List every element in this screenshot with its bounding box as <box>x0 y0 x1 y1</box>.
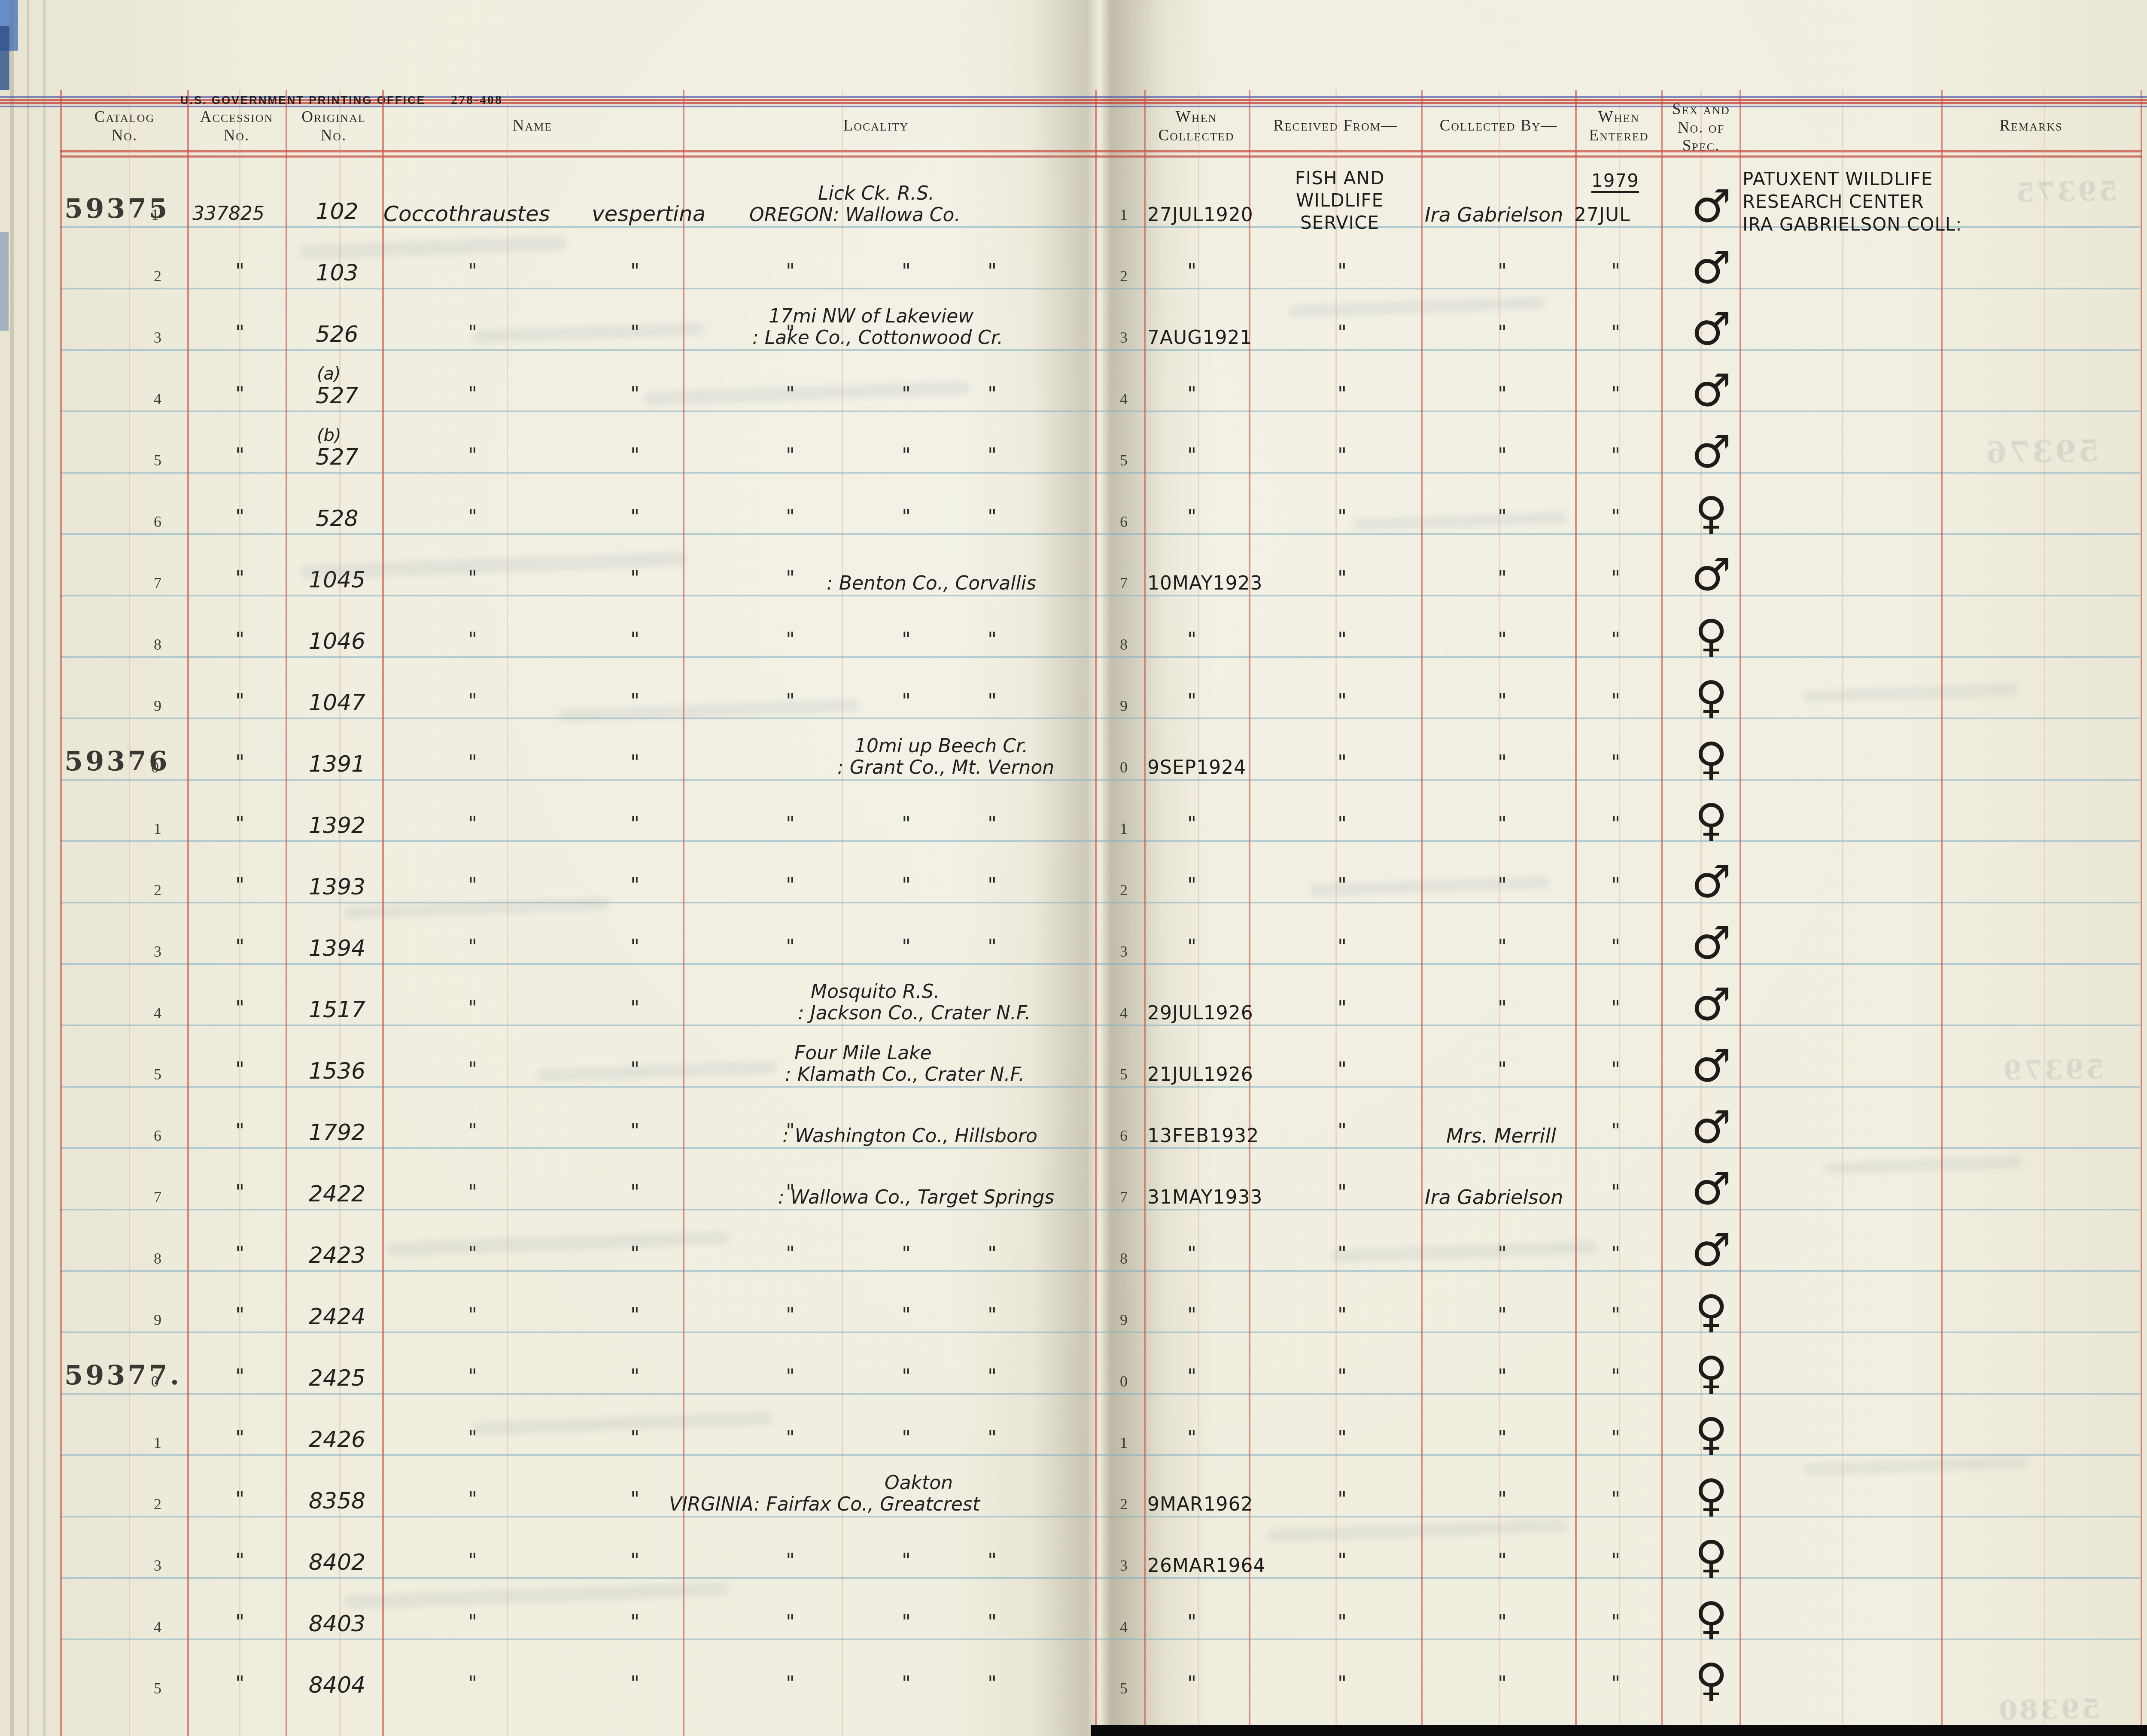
name-species: vespertina <box>592 201 706 226</box>
ledger-rule-vertical <box>1144 90 1146 1736</box>
when-entered-ditto: " <box>1611 1180 1620 1204</box>
locality-ditto: " <box>902 1549 911 1572</box>
locality-ditto: " <box>988 505 997 528</box>
original-number: 1536 <box>296 1058 378 1084</box>
received-from-ditto: " <box>1338 321 1347 344</box>
locality-ditto: " <box>902 689 911 712</box>
locality-ditto: " <box>786 1549 795 1572</box>
accession-ditto: " <box>235 812 244 835</box>
original-number: 527 <box>296 383 378 409</box>
name-ditto: " <box>468 382 477 405</box>
locality-ditto: " <box>786 628 795 651</box>
scan-background-bottom <box>1091 1725 2147 1736</box>
locality-ditto: " <box>902 935 911 958</box>
locality-ditto: " <box>786 1242 795 1265</box>
locality-ditto: " <box>902 628 911 651</box>
original-number: 2425 <box>296 1365 378 1391</box>
line-number: 9 <box>1120 697 1128 715</box>
accession-number: 337825 <box>192 203 265 225</box>
ledger-rule-blue <box>60 1209 2140 1210</box>
col-header-name: Name <box>386 117 678 135</box>
collected-by-ditto: " <box>1498 1058 1507 1081</box>
line-number: 1 <box>1120 1434 1128 1452</box>
ledger-rule-blue <box>60 779 2140 781</box>
when-entered-ditto: " <box>1611 1610 1620 1633</box>
ledger-rule-blue <box>60 1639 2140 1640</box>
accession-ditto: " <box>235 444 244 467</box>
when-entered-ditto: " <box>1611 751 1620 774</box>
collected-by-ditto: " <box>1498 812 1507 835</box>
received-from-ditto: " <box>1338 444 1347 467</box>
line-number: 8 <box>1120 1250 1128 1268</box>
original-number: 1517 <box>296 997 378 1023</box>
accession-ditto: " <box>235 1365 244 1388</box>
catalog-subnumber: 4 <box>154 1004 161 1022</box>
original-number: 8402 <box>296 1550 378 1575</box>
collected-by-ditto: " <box>1498 935 1507 958</box>
catalog-subnumber: 2 <box>154 881 161 899</box>
name-ditto: " <box>468 1672 477 1695</box>
line-number: 9 <box>1120 1311 1128 1329</box>
name-genus: Coccothraustes <box>383 201 550 226</box>
locality-ditto: " <box>988 812 997 835</box>
catalog-subnumber: 0 <box>151 758 159 776</box>
catalog-subnumber: 0 <box>151 1372 159 1390</box>
locality-line1: Mosquito R.S. <box>811 981 940 1003</box>
name-ditto: " <box>468 751 477 774</box>
locality-ditto: " <box>902 259 911 283</box>
male-symbol: ♂ <box>1675 1224 1748 1276</box>
line-number: 2 <box>1120 267 1128 285</box>
catalog-subnumber: 8 <box>154 635 161 654</box>
ledger-rule-blue <box>60 718 2140 719</box>
name-ditto: " <box>468 935 477 958</box>
when-entered-ditto: " <box>1611 935 1620 958</box>
page-edge-mark-left <box>0 232 9 331</box>
male-symbol: ♂ <box>1675 241 1748 294</box>
male-symbol: ♂ <box>1675 180 1748 232</box>
ledger-rule-vertical <box>1575 90 1577 1736</box>
name-ditto: " <box>630 1610 639 1633</box>
line-number: 3 <box>1120 328 1128 347</box>
name-ditto: " <box>630 1303 639 1326</box>
when-entered-ditto: " <box>1611 444 1620 467</box>
original-number: 8404 <box>296 1672 378 1698</box>
locality-ditto: " <box>902 873 911 897</box>
catalog-subnumber: 5 <box>154 1679 161 1697</box>
remarks-line: RESEARCH CENTER <box>1743 191 1924 212</box>
received-from: WILDLIFE <box>1269 190 1411 211</box>
name-ditto: " <box>468 628 477 651</box>
locality-ditto: " <box>786 1426 795 1449</box>
ledger-rule-guide <box>129 90 130 1736</box>
when-entered-ditto: " <box>1611 1058 1620 1081</box>
catalog-subnumber: 7 <box>154 1188 161 1206</box>
when-collected-ditto: " <box>1187 259 1196 283</box>
locality-line1: Oakton <box>885 1472 953 1494</box>
locality-ditto: " <box>988 444 997 467</box>
original-number-prefix: (b) <box>317 426 341 445</box>
when-collected-date: 9SEP1924 <box>1147 757 1246 778</box>
locality-ditto: " <box>988 689 997 712</box>
collected-by-ditto: " <box>1498 1487 1507 1511</box>
name-ditto: " <box>630 566 639 590</box>
collected-by-ditto: " <box>1498 444 1507 467</box>
when-collected-ditto: " <box>1187 873 1196 897</box>
when-entered-ditto: " <box>1611 812 1620 835</box>
original-number: 2426 <box>296 1427 378 1453</box>
catalog-subnumber: 6 <box>154 513 161 531</box>
ledger-rule-blue <box>60 1270 2140 1272</box>
when-entered-ditto: " <box>1611 566 1620 590</box>
col-header-when-collected: When Collected <box>1144 108 1249 145</box>
male-symbol: ♂ <box>1675 548 1748 601</box>
when-collected-date: 7AUG1921 <box>1147 327 1252 349</box>
original-number: 1792 <box>296 1120 378 1146</box>
line-number: 6 <box>1120 1127 1128 1145</box>
accession-ditto: " <box>235 1549 244 1572</box>
when-collected-date: 31MAY1933 <box>1147 1186 1263 1208</box>
ledger-rule-blue <box>60 533 2140 535</box>
catalog-subnumber: 6 <box>154 1127 161 1145</box>
received-from-ditto: " <box>1338 1426 1347 1449</box>
locality-ditto: " <box>988 873 997 897</box>
ledger-rule-blue <box>60 288 2140 289</box>
collected-by-ditto: " <box>1498 996 1507 1019</box>
name-ditto: " <box>630 1365 639 1388</box>
received-from-ditto: " <box>1338 1303 1347 1326</box>
accession-ditto: " <box>235 689 244 712</box>
accession-ditto: " <box>235 1119 244 1142</box>
ledger-rule-guide <box>2044 90 2045 1736</box>
male-symbol: ♂ <box>1675 303 1748 355</box>
locality-line1: 17mi NW of Lakeview <box>769 305 973 327</box>
locality-ditto: " <box>988 259 997 283</box>
when-collected-date: 21JUL1926 <box>1147 1064 1253 1085</box>
collected-by-ditto: " <box>1498 1303 1507 1326</box>
catalog-subnumber: 3 <box>154 942 161 961</box>
ledger-rule-blue <box>60 963 2140 965</box>
catalog-subnumber: 4 <box>154 390 161 408</box>
name-ditto: " <box>630 935 639 958</box>
locality-line2: : Grant Co., Mt. Vernon <box>837 757 1054 778</box>
when-collected-date: 13FEB1932 <box>1147 1125 1259 1147</box>
name-ditto: " <box>630 1119 639 1142</box>
name-ditto: " <box>630 444 639 467</box>
male-symbol: ♂ <box>1675 978 1748 1031</box>
col-header-locality: Locality <box>687 117 1065 135</box>
locality-ditto: " <box>988 1426 997 1449</box>
catalog-subnumber: 3 <box>154 1557 161 1575</box>
original-number: 1394 <box>296 936 378 961</box>
when-entered-ditto: " <box>1611 1119 1620 1142</box>
when-collected-ditto: " <box>1187 689 1196 712</box>
bleedthrough-number: 59380 <box>1996 1693 2100 1726</box>
name-ditto: " <box>630 1672 639 1695</box>
locality-ditto: " <box>786 444 795 467</box>
locality-ditto: " <box>786 1180 795 1204</box>
locality-ditto: " <box>902 505 911 528</box>
female-symbol: ♀ <box>1675 610 1748 662</box>
ledger-rule-blue <box>60 1025 2140 1026</box>
received-from-ditto: " <box>1338 382 1347 405</box>
name-ditto: " <box>468 1549 477 1572</box>
locality-ditto: " <box>988 1549 997 1572</box>
received-from-ditto: " <box>1338 505 1347 528</box>
line-number: 0 <box>1120 1372 1128 1390</box>
locality-ditto: " <box>786 1365 795 1388</box>
locality-ditto: " <box>786 873 795 897</box>
line-number: 2 <box>1120 1495 1128 1513</box>
original-number: 2422 <box>296 1181 378 1207</box>
locality-ditto: " <box>902 1426 911 1449</box>
bleedthrough-number: 59379 <box>2001 1053 2104 1086</box>
received-from-ditto: " <box>1338 1180 1347 1204</box>
name-ditto: " <box>468 1303 477 1326</box>
col-header-accession: Accession No. <box>192 108 282 145</box>
original-number: 1047 <box>296 690 378 716</box>
catalog-subnumber: 9 <box>154 1311 161 1329</box>
when-entered-ditto: " <box>1611 505 1620 528</box>
collected-by-ditto: " <box>1498 1426 1507 1449</box>
original-number: 528 <box>296 506 378 532</box>
accession-ditto: " <box>235 382 244 405</box>
locality-line2: : Klamath Co., Crater N.F. <box>785 1064 1025 1085</box>
received-from: FISH AND <box>1269 167 1411 188</box>
original-number: 1393 <box>296 874 378 900</box>
bleedthrough-number: 59375 <box>2013 175 2117 208</box>
collected-by-ditto: " <box>1498 1365 1507 1388</box>
ledger-rule-blue <box>60 1516 2140 1517</box>
accession-ditto: " <box>235 259 244 283</box>
ledger-rule-blue <box>60 902 2140 903</box>
when-entered-year: 1979 <box>1591 170 1639 193</box>
locality-line2: : Benton Co., Corvallis <box>827 572 1036 594</box>
male-symbol: ♂ <box>1675 1040 1748 1092</box>
female-symbol: ♀ <box>1675 733 1748 785</box>
locality-ditto: " <box>988 382 997 405</box>
original-number: 1392 <box>296 813 378 839</box>
collected-by-ditto: " <box>1498 751 1507 774</box>
when-collected-ditto: " <box>1187 1242 1196 1265</box>
ledger-rule-blue <box>60 840 2140 842</box>
locality-line1: 10mi up Beech Cr. <box>855 735 1028 757</box>
line-number: 4 <box>1120 1618 1128 1636</box>
accession-ditto: " <box>235 566 244 590</box>
original-number: 526 <box>296 322 378 347</box>
female-symbol: ♀ <box>1675 794 1748 846</box>
received-from-ditto: " <box>1338 566 1347 590</box>
collected-by-ditto: " <box>1498 689 1507 712</box>
line-number: 5 <box>1120 451 1128 469</box>
accession-ditto: " <box>235 1610 244 1633</box>
accession-ditto: " <box>235 1058 244 1081</box>
received-from-ditto: " <box>1338 1119 1347 1142</box>
ledger-rule-guide <box>1842 90 1843 1736</box>
name-ditto: " <box>468 444 477 467</box>
locality-line2: : Wallowa Co., Target Springs <box>778 1186 1054 1208</box>
when-entered-ditto: " <box>1611 1487 1620 1511</box>
ledger-rule-blue <box>60 595 2140 596</box>
catalog-subnumber: 8 <box>154 1250 161 1268</box>
page-stack-line-3 <box>43 0 46 1736</box>
received-from: SERVICE <box>1269 212 1411 233</box>
male-symbol: ♂ <box>1675 364 1748 417</box>
when-collected-date: 9MAR1962 <box>1147 1493 1253 1515</box>
header-rule-red <box>60 155 2142 158</box>
ledger-rule-blue <box>60 472 2140 474</box>
accession-ditto: " <box>235 935 244 958</box>
collected-by-ditto: " <box>1498 1549 1507 1572</box>
page-edge-mark-top-left-2 <box>0 26 9 90</box>
name-ditto: " <box>468 1058 477 1081</box>
locality-ditto: " <box>902 1303 911 1326</box>
ledger-rule-vertical <box>1421 90 1423 1736</box>
original-number: 102 <box>296 199 378 225</box>
locality-ditto: " <box>988 1365 997 1388</box>
male-symbol: ♂ <box>1675 917 1748 969</box>
when-entered-date: 27JUL <box>1574 204 1630 226</box>
when-collected-ditto: " <box>1187 935 1196 958</box>
original-number: 8358 <box>296 1488 378 1514</box>
when-entered-ditto: " <box>1611 259 1620 283</box>
locality-ditto: " <box>786 812 795 835</box>
catalog-subnumber: 5 <box>154 451 161 469</box>
name-ditto: " <box>468 996 477 1019</box>
name-ditto: " <box>630 1549 639 1572</box>
when-collected-date: 27JUL1920 <box>1147 204 1253 226</box>
when-entered-ditto: " <box>1611 382 1620 405</box>
line-number: 3 <box>1120 1557 1128 1575</box>
name-ditto: " <box>468 812 477 835</box>
received-from-ditto: " <box>1338 996 1347 1019</box>
locality-ditto: " <box>786 505 795 528</box>
page-stack-line-1 <box>10 0 14 1736</box>
received-from-ditto: " <box>1338 1058 1347 1081</box>
name-ditto: " <box>468 689 477 712</box>
male-symbol: ♂ <box>1675 1162 1748 1215</box>
when-entered-ditto: " <box>1611 321 1620 344</box>
original-number-prefix: (a) <box>317 364 341 384</box>
locality-ditto: " <box>786 935 795 958</box>
received-from-ditto: " <box>1338 628 1347 651</box>
received-from-ditto: " <box>1338 1365 1347 1388</box>
locality-line2: OREGON: Wallowa Co. <box>749 204 960 226</box>
received-from-ditto: " <box>1338 259 1347 283</box>
col-header-remarks: Remarks <box>1941 117 2121 135</box>
locality-ditto: " <box>988 1672 997 1695</box>
when-entered-ditto: " <box>1611 689 1620 712</box>
accession-ditto: " <box>235 628 244 651</box>
line-number: 6 <box>1120 513 1128 531</box>
received-from-ditto: " <box>1338 1487 1347 1511</box>
original-number: 2424 <box>296 1304 378 1330</box>
line-number: 3 <box>1120 942 1128 961</box>
locality-line1: Four Mile Lake <box>794 1042 932 1064</box>
accession-ditto: " <box>235 1487 244 1511</box>
original-number: 103 <box>296 260 378 286</box>
when-collected-date: 10MAY1923 <box>1147 572 1263 594</box>
line-number: 1 <box>1120 820 1128 838</box>
name-ditto: " <box>468 505 477 528</box>
when-entered-ditto: " <box>1611 873 1620 897</box>
header-rule-red <box>60 150 2142 152</box>
collected-by-ditto: " <box>1498 321 1507 344</box>
name-ditto: " <box>630 259 639 283</box>
line-number: 8 <box>1120 635 1128 654</box>
collected-by-ditto: " <box>1498 259 1507 283</box>
female-symbol: ♀ <box>1675 1285 1748 1338</box>
name-ditto: " <box>468 1487 477 1511</box>
catalog-subnumber: 1 <box>154 820 161 838</box>
name-ditto: " <box>630 382 639 405</box>
locality-line2: : Washington Co., Hillsboro <box>782 1125 1037 1147</box>
locality-ditto: " <box>786 321 795 344</box>
locality-ditto: " <box>902 1365 911 1388</box>
accession-ditto: " <box>235 1426 244 1449</box>
when-entered-ditto: " <box>1611 1672 1620 1695</box>
ledger-rule-vertical <box>286 90 287 1736</box>
catalog-subnumber: 7 <box>154 574 161 592</box>
col-header-catalog: Catalog No. <box>73 108 176 145</box>
printer-imprint: U.S. GOVERNMENT PRINTING OFFICE <box>180 94 426 107</box>
locality-ditto: " <box>902 444 911 467</box>
catalog-subnumber: 2 <box>154 1495 161 1513</box>
when-collected-date: 26MAR1964 <box>1147 1555 1266 1577</box>
collected-by: Ira Gabrielson <box>1425 203 1563 226</box>
locality-ditto: " <box>988 1610 997 1633</box>
ledger-rule-vertical <box>1095 90 1097 1736</box>
ledger-rule-vertical <box>1941 90 1943 1736</box>
catalog-subnumber: 1 <box>151 206 159 224</box>
received-from-ditto: " <box>1338 812 1347 835</box>
accession-ditto: " <box>235 1303 244 1326</box>
accession-ditto: " <box>235 996 244 1019</box>
when-collected-ditto: " <box>1187 1426 1196 1449</box>
line-number: 4 <box>1120 390 1128 408</box>
female-symbol: ♀ <box>1675 1592 1748 1645</box>
catalog-subnumber: 2 <box>154 267 161 285</box>
when-collected-ditto: " <box>1187 1610 1196 1633</box>
male-symbol: ♂ <box>1675 1101 1748 1153</box>
when-collected-date: 29JUL1926 <box>1147 1002 1253 1024</box>
locality-line2: : Jackson Co., Crater N.F. <box>798 1002 1031 1024</box>
collected-by-ditto: " <box>1498 1672 1507 1695</box>
ledger-rule-blue <box>60 1147 2140 1149</box>
locality-ditto: " <box>902 1242 911 1265</box>
name-ditto: " <box>630 1487 639 1511</box>
when-entered-ditto: " <box>1611 1242 1620 1265</box>
locality-ditto: " <box>786 1610 795 1633</box>
line-number: 2 <box>1120 881 1128 899</box>
locality-ditto: " <box>902 812 911 835</box>
received-from-ditto: " <box>1338 1549 1347 1572</box>
when-collected-ditto: " <box>1187 628 1196 651</box>
when-collected-ditto: " <box>1187 382 1196 405</box>
received-from-ditto: " <box>1338 751 1347 774</box>
locality-ditto: " <box>988 1303 997 1326</box>
locality-ditto: " <box>902 1672 911 1695</box>
ledger-scan: U.S. GOVERNMENT PRINTING OFFICE 278-408 … <box>0 0 2147 1736</box>
locality-ditto: " <box>786 1303 795 1326</box>
name-ditto: " <box>630 873 639 897</box>
bleedthrough-number: 59376 <box>1983 433 2099 471</box>
collected-by-ditto: " <box>1498 566 1507 590</box>
original-number: 2423 <box>296 1243 378 1268</box>
female-symbol: ♀ <box>1675 1531 1748 1583</box>
line-number: 7 <box>1120 574 1128 592</box>
locality-ditto: " <box>786 1119 795 1142</box>
